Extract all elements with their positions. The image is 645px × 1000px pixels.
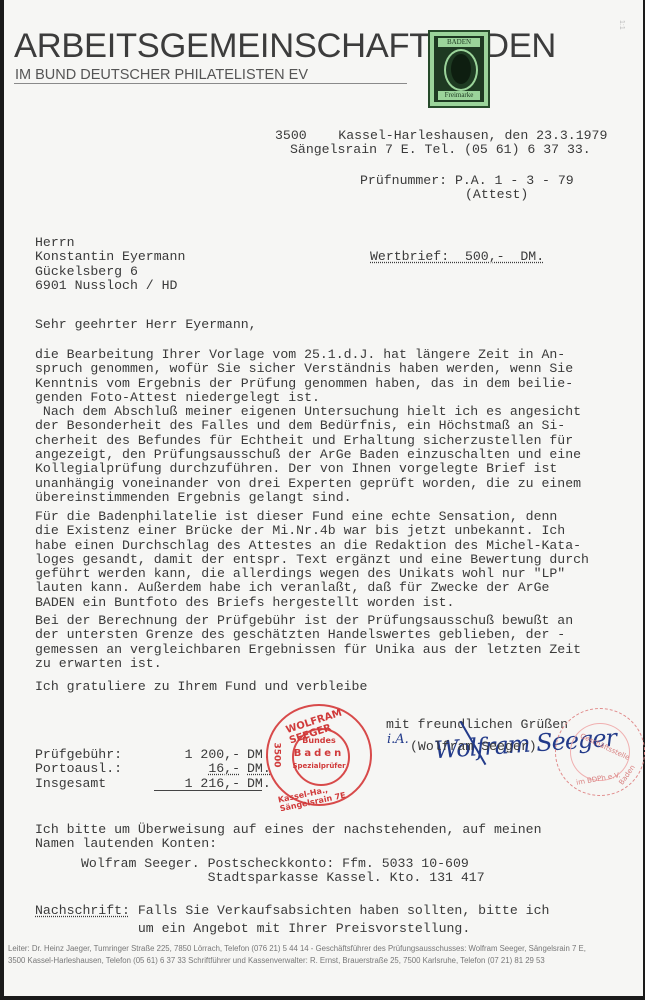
body-paragraph-2: Für die Badenphilatelie ist dieser Fund … bbox=[35, 510, 589, 610]
pale-red-association-seal: Geschäftsstelle im BDPh e.V. Baden bbox=[555, 708, 645, 796]
fee-amount: 1 200,- bbox=[160, 748, 240, 762]
seal-center-line: Baden bbox=[268, 748, 370, 759]
body-paragraph-3: Bei der Berechnung der Prüfgebühr ist de… bbox=[35, 614, 581, 671]
footer-line: 3500 Kassel-Harleshausen, Telefon (05 61… bbox=[8, 955, 586, 967]
postscript-label: Nachschrift: bbox=[35, 903, 130, 918]
postscript: Nachschrift: Falls Sie Verkaufsabsichten… bbox=[35, 901, 549, 937]
signer-name: (Wolfram Seeger) bbox=[410, 740, 537, 754]
stamp-top-text: BADEN bbox=[438, 38, 480, 47]
red-examiner-seal: WOLFRAM SEEGER 3500 Kassel-Ha., Sängelsr… bbox=[266, 704, 372, 806]
body-paragraph-1: die Bearbeitung Ihrer Vorlage vom 25.1.d… bbox=[35, 348, 581, 505]
recipient-line: Konstantin Eyermann bbox=[35, 250, 185, 264]
fee-sum-rule bbox=[154, 790, 262, 791]
per-procura-mark: i.A. bbox=[387, 732, 409, 747]
letter-page: 1:1 ARBEITSGEMEINSCHAFT BADEN IM BUND DE… bbox=[4, 0, 643, 996]
fee-label: Portoausl.: bbox=[35, 762, 122, 776]
stamp-bottom-text: Freimarke bbox=[438, 91, 480, 100]
recipient-line: 6901 Nussloch / HD bbox=[35, 279, 185, 293]
bank-accounts: Wolfram Seeger. Postscheckkonto: Ffm. 50… bbox=[81, 857, 485, 886]
letterhead-footer: Leiter: Dr. Heinz Jaeger, Tumringer Stra… bbox=[8, 943, 586, 966]
letterhead-subtitle: IM BUND DEUTSCHER PHILATELISTEN EV bbox=[15, 67, 308, 83]
body-paragraph-4: Ich gratuliere zu Ihrem Fund und verblei… bbox=[35, 680, 367, 694]
fee-amount: 16,- bbox=[160, 762, 240, 776]
sender-address-phone: Sängelsrain 7 E. Tel. (05 61) 6 37 33. bbox=[290, 143, 591, 157]
margin-pencil-note: 1:1 bbox=[618, 20, 625, 30]
seal-center-line: Spezialprüfer bbox=[268, 762, 370, 770]
payment-request: Ich bitte um Überweisung auf eines der n… bbox=[35, 823, 541, 852]
seal-center-line: Bundes bbox=[268, 736, 370, 745]
postage-stamp-image: BADEN Freimarke bbox=[428, 30, 490, 108]
fee-label: Insgesamt bbox=[35, 777, 106, 791]
fee-label: Prüfgebühr: bbox=[35, 748, 122, 762]
recipient-address: Herrn Konstantin Eyermann Gückelsberg 6 … bbox=[35, 236, 185, 293]
salutation: Sehr geehrter Herr Eyermann, bbox=[35, 318, 257, 332]
stamp-frame: BADEN Freimarke bbox=[434, 36, 484, 102]
letterhead-rule bbox=[14, 83, 407, 84]
stamp-numeral bbox=[451, 54, 471, 84]
value-letter-note: Wertbrief: 500,- DM. bbox=[370, 250, 544, 264]
fee-unit: DM. bbox=[247, 777, 271, 791]
reference-type: (Attest) bbox=[465, 188, 528, 202]
recipient-line: Gückelsberg 6 bbox=[35, 265, 185, 279]
footer-line: Leiter: Dr. Heinz Jaeger, Tumringer Stra… bbox=[8, 943, 586, 955]
fee-amount: 1 216,- bbox=[160, 777, 240, 791]
recipient-line: Herrn bbox=[35, 236, 185, 250]
